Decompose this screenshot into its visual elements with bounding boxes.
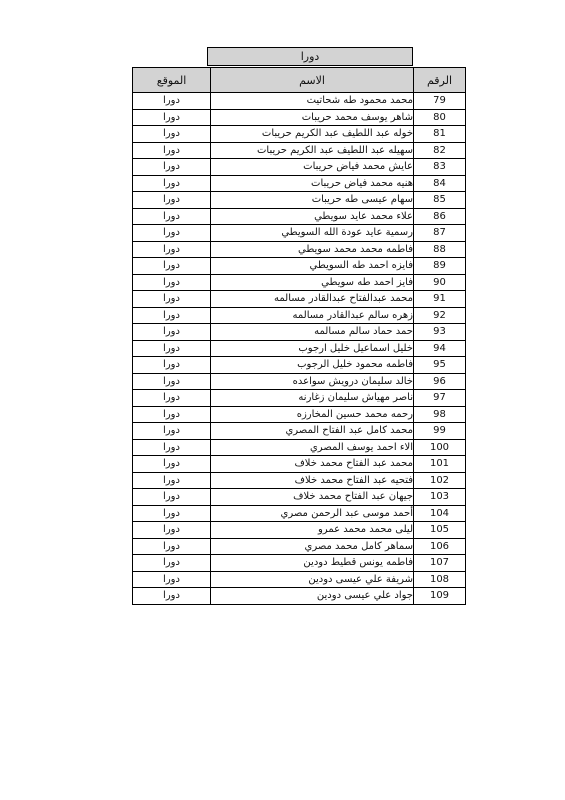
row-location-cell: دورا [133,456,211,473]
row-name-cell: شريفة علي عيسى دودين [211,571,414,588]
row-location-cell: دورا [133,390,211,407]
table-row: 107فاطمه يونس قطيط دوديندورا [133,555,466,572]
row-number-cell: 95 [414,357,466,374]
row-name-cell: فاطمه محمد محمد سويطي [211,241,414,258]
row-name-cell: أحمد موسى عبد الرحمن مصري [211,505,414,522]
row-name-cell: محمد عبدالفتاح عبدالقادر مسالمه [211,291,414,308]
row-number-cell: 107 [414,555,466,572]
row-number-cell: 102 [414,472,466,489]
row-name-cell: فتحيه عبد الفتاح محمد خلاف [211,472,414,489]
table-row: 88فاطمه محمد محمد سويطيدورا [133,241,466,258]
row-location-cell: دورا [133,522,211,539]
table-row: 81خوله عبد اللطيف عبد الكريم حريباتدورا [133,126,466,143]
row-number-cell: 104 [414,505,466,522]
row-location-cell: دورا [133,340,211,357]
row-name-cell: زهره سالم عبدالقادر مسالمه [211,307,414,324]
row-number-cell: 101 [414,456,466,473]
row-location-cell: دورا [133,538,211,555]
row-number-cell: 99 [414,423,466,440]
table-row: 80شاهر يوسف محمد حريباتدورا [133,109,466,126]
table-row: 89فايزه احمد طه السويطيدورا [133,258,466,275]
row-name-cell: محمد محمود طه شحاتيت [211,93,414,110]
row-name-cell: فايز احمد طه سويطي [211,274,414,291]
row-name-cell: خليل اسماعيل خليل ارجوب [211,340,414,357]
row-name-cell: سماهر كامل محمد مصري [211,538,414,555]
row-location-cell: دورا [133,258,211,275]
table-row: 79محمد محمود طه شحاتيتدورا [133,93,466,110]
row-name-cell: هنيه محمد فياض حريبات [211,175,414,192]
row-name-cell: عايش محمد فياض حريبات [211,159,414,176]
column-header-number: الرقم [414,68,466,93]
row-number-cell: 109 [414,588,466,605]
row-location-cell: دورا [133,109,211,126]
row-location-cell: دورا [133,274,211,291]
row-number-cell: 84 [414,175,466,192]
row-name-cell: محمد كامل عبد الفتاح المصري [211,423,414,440]
row-name-cell: رسمية عايد عودة الله السويطي [211,225,414,242]
table-row: 105ليلى محمد محمد عمرودورا [133,522,466,539]
row-name-cell: ليلى محمد محمد عمرو [211,522,414,539]
row-name-cell: ناصر مهياش سليمان زغارنه [211,390,414,407]
row-location-cell: دورا [133,192,211,209]
table-row: 103جيهان عبد الفتاح محمد خلافدورا [133,489,466,506]
table-row: 99محمد كامل عبد الفتاح المصريدورا [133,423,466,440]
row-number-cell: 86 [414,208,466,225]
row-number-cell: 91 [414,291,466,308]
row-location-cell: دورا [133,423,211,440]
row-name-cell: الاء احمد يوسف المصري [211,439,414,456]
row-location-cell: دورا [133,241,211,258]
row-name-cell: محمد عبد الفتاح محمد خلاف [211,456,414,473]
table-row: 87رسمية عايد عودة الله السويطيدورا [133,225,466,242]
row-number-cell: 82 [414,142,466,159]
row-name-cell: خوله عبد اللطيف عبد الكريم حريبات [211,126,414,143]
row-number-cell: 100 [414,439,466,456]
table-row: 108شريفة علي عيسى دوديندورا [133,571,466,588]
row-name-cell: جيهان عبد الفتاح محمد خلاف [211,489,414,506]
column-header-name: الاسم [211,68,414,93]
row-location-cell: دورا [133,489,211,506]
row-location-cell: دورا [133,571,211,588]
row-location-cell: دورا [133,291,211,308]
column-header-location: الموقع [133,68,211,93]
row-number-cell: 85 [414,192,466,209]
row-name-cell: شاهر يوسف محمد حريبات [211,109,414,126]
table-row: 104أحمد موسى عبد الرحمن مصريدورا [133,505,466,522]
row-number-cell: 105 [414,522,466,539]
table-row: 101محمد عبد الفتاح محمد خلافدورا [133,456,466,473]
table-row: 92زهره سالم عبدالقادر مسالمهدورا [133,307,466,324]
row-name-cell: جواد علي عيسى دودين [211,588,414,605]
table-row: 100الاء احمد يوسف المصريدورا [133,439,466,456]
row-location-cell: دورا [133,142,211,159]
table-row: 91محمد عبدالفتاح عبدالقادر مسالمهدورا [133,291,466,308]
table-row: 96خالد سليمان درويش سواعدهدورا [133,373,466,390]
row-number-cell: 87 [414,225,466,242]
row-location-cell: دورا [133,208,211,225]
row-number-cell: 90 [414,274,466,291]
row-location-cell: دورا [133,175,211,192]
row-number-cell: 79 [414,93,466,110]
row-location-cell: دورا [133,472,211,489]
table-row: 90فايز احمد طه سويطيدورا [133,274,466,291]
row-number-cell: 80 [414,109,466,126]
table-row: 95فاطمه محمود خليل الرجوبدورا [133,357,466,374]
row-location-cell: دورا [133,406,211,423]
row-name-cell: رحمه محمد حسين المخارزه [211,406,414,423]
table-row: 84هنيه محمد فياض حريباتدورا [133,175,466,192]
row-location-cell: دورا [133,555,211,572]
row-name-cell: فاطمه يونس قطيط دودين [211,555,414,572]
row-name-cell: خالد سليمان درويش سواعده [211,373,414,390]
table-row: 109جواد علي عيسى دوديندورا [133,588,466,605]
row-location-cell: دورا [133,126,211,143]
table-row: 102فتحيه عبد الفتاح محمد خلافدورا [133,472,466,489]
row-location-cell: دورا [133,357,211,374]
table-row: 82سهيله عبد اللطيف عبد الكريم حريباتدورا [133,142,466,159]
row-number-cell: 97 [414,390,466,407]
table-row: 98رحمه محمد حسين المخارزهدورا [133,406,466,423]
table-row: 97ناصر مهياش سليمان زغارنهدورا [133,390,466,407]
row-location-cell: دورا [133,225,211,242]
table-row: 93حمد حماد سالم مسالمهدورا [133,324,466,341]
row-name-cell: حمد حماد سالم مسالمه [211,324,414,341]
row-number-cell: 96 [414,373,466,390]
row-name-cell: فاطمه محمود خليل الرجوب [211,357,414,374]
table-row: 85سهام عيسى طه حريباتدورا [133,192,466,209]
row-number-cell: 106 [414,538,466,555]
row-location-cell: دورا [133,93,211,110]
row-number-cell: 88 [414,241,466,258]
row-number-cell: 103 [414,489,466,506]
row-number-cell: 108 [414,571,466,588]
row-number-cell: 93 [414,324,466,341]
row-name-cell: سهام عيسى طه حريبات [211,192,414,209]
row-number-cell: 81 [414,126,466,143]
row-location-cell: دورا [133,159,211,176]
row-number-cell: 89 [414,258,466,275]
row-number-cell: 92 [414,307,466,324]
row-number-cell: 94 [414,340,466,357]
row-location-cell: دورا [133,324,211,341]
table-row: 86علاء محمد عايد سويطيدورا [133,208,466,225]
records-table: الرقم الاسم الموقع 79محمد محمود طه شحاتي… [132,67,466,605]
table-row: 106سماهر كامل محمد مصريدورا [133,538,466,555]
row-location-cell: دورا [133,439,211,456]
document-page: دورا الرقم الاسم الموقع 79محمد محمود طه … [0,0,565,800]
row-name-cell: علاء محمد عايد سويطي [211,208,414,225]
row-name-cell: سهيله عبد اللطيف عبد الكريم حريبات [211,142,414,159]
table-row: 94خليل اسماعيل خليل ارجوبدورا [133,340,466,357]
row-name-cell: فايزه احمد طه السويطي [211,258,414,275]
row-number-cell: 98 [414,406,466,423]
row-location-cell: دورا [133,505,211,522]
table-header-row: الرقم الاسم الموقع [133,68,466,93]
row-location-cell: دورا [133,588,211,605]
row-location-cell: دورا [133,373,211,390]
row-location-cell: دورا [133,307,211,324]
row-number-cell: 83 [414,159,466,176]
table-row: 83عايش محمد فياض حريباتدورا [133,159,466,176]
table-group-header: دورا [207,47,413,66]
